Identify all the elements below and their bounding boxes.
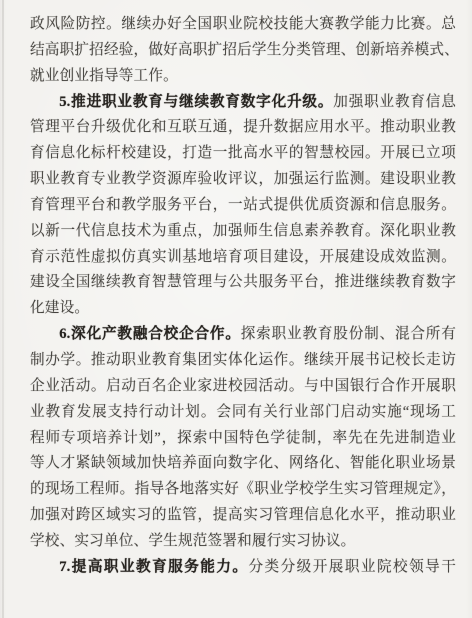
body-text: 结高职扩招经验，做好高职扩招后学生分类管理、创新培养模式、 [30,42,459,58]
text-line: 学校、实习单位、学生规范签署和履行实习协议。 [30,529,456,555]
text-line: 以新一代信息技术为重点，加强师生信息素养教育。深化职业教 [30,219,456,245]
text-line: 管理平台升级优化和互联互通，提升数据应用水平。推动职业教 [30,115,456,141]
body-text: 建设全国继续教育智慧管理与公共服务平台，推进继续教育数字 [30,274,456,290]
body-text: 分类分级开展职业院校领导干 [248,559,456,575]
body-text: 业教育发展支持行动计划。会同有关行业部门启动实施“现场工 [30,404,456,420]
scan-edge-shadow [2,0,4,618]
text-line: 就业创业指导等工作。 [30,64,456,90]
body-text: 政风险防控。继续办好全国职业院校技能大赛教学能力比赛。总 [30,16,456,32]
body-text: 育示范性虚拟仿真实训基地培育项目建设，开展建设成效监测。 [30,249,456,265]
text-line: 育管理平台和教学服务平台，一站式提供优质资源和信息服务。 [30,193,456,219]
body-text: 学校、实习单位、学生规范签署和履行实习协议。 [30,533,355,549]
text-line: 程师专项培养计划”，探索中国特色学徒制，率先在先进制造业 [30,426,456,452]
text-line: 结高职扩招经验，做好高职扩招后学生分类管理、创新培养模式、 [30,38,456,64]
text-line: 制办学。推动职业教育集团实体化运作。继续开展书记校长走访 [30,348,456,374]
heading-line: 7.提高职业教育服务能力。分类分级开展职业院校领导干 [30,555,456,581]
body-text: 探索职业教育股份制、混合所有 [241,326,456,342]
text-line: 化建设。 [30,296,456,322]
section-heading: 5.推进职业教育与继续教育数字化升级。 [59,94,333,110]
text-line: 育示范性虚拟仿真实训基地培育项目建设，开展建设成效监测。 [30,245,456,271]
heading-line: 5.推进职业教育与继续教育数字化升级。加强职业教育信息 [30,90,456,116]
document-page: 政风险防控。继续办好全国职业院校技能大赛教学能力比赛。总结高职扩招经验，做好高职… [0,0,472,618]
text-line: 等人才紧缺领域加快培养面向数字化、网络化、智能化职业场景 [30,451,456,477]
text-line: 的现场工程师。指导各地落实好《职业学校学生实习管理规定》， [30,477,456,503]
body-text: 职业教育专业教学资源库验收评议，加强运行监测。建设职业教 [30,171,456,187]
body-text: 企业活动。启动百名企业家进校园活动。与中国银行合作开展职 [30,378,456,394]
body-text: 育管理平台和教学服务平台，一站式提供优质资源和信息服务。 [30,197,456,213]
text-line: 政风险防控。继续办好全国职业院校技能大赛教学能力比赛。总 [30,12,456,38]
section-heading: 6.深化产教融合校企合作。 [59,326,241,342]
document-page-content: 政风险防控。继续办好全国职业院校技能大赛教学能力比赛。总结高职扩招经验，做好高职… [30,12,456,581]
body-text: 的现场工程师。指导各地落实好《职业学校学生实习管理规定》， [30,481,456,497]
text-line: 建设全国继续教育智慧管理与公共服务平台，推进继续教育数字 [30,270,456,296]
body-text: 加强对跨区域实习的监管，提高实习管理信息化水平，推动职业 [30,507,456,523]
section-heading: 7.提高职业教育服务能力。 [59,559,248,575]
heading-line: 6.深化产教融合校企合作。探索职业教育股份制、混合所有 [30,322,456,348]
body-text: 加强职业教育信息 [333,94,456,110]
text-line: 加强对跨区域实习的监管，提高实习管理信息化水平，推动职业 [30,503,456,529]
body-text: 制办学。推动职业教育集团实体化运作。继续开展书记校长走访 [30,352,456,368]
body-text: 管理平台升级优化和互联互通，提升数据应用水平。推动职业教 [30,119,456,135]
text-line: 职业教育专业教学资源库验收评议，加强运行监测。建设职业教 [30,167,456,193]
body-text: 等人才紧缺领域加快培养面向数字化、网络化、智能化职业场景 [30,455,456,471]
text-line: 业教育发展支持行动计划。会同有关行业部门启动实施“现场工 [30,400,456,426]
body-text: 程师专项培养计划”，探索中国特色学徒制，率先在先进制造业 [30,430,456,446]
body-text: 以新一代信息技术为重点，加强师生信息素养教育。深化职业教 [30,223,456,239]
body-text: 就业创业指导等工作。 [30,68,178,84]
text-line: 育信息化标杆校建设，打造一批高水平的智慧校园。开展已立项 [30,141,456,167]
text-line: 企业活动。启动百名企业家进校园活动。与中国银行合作开展职 [30,374,456,400]
body-text: 化建设。 [30,300,89,316]
body-text: 育信息化标杆校建设，打造一批高水平的智慧校园。开展已立项 [30,145,456,161]
